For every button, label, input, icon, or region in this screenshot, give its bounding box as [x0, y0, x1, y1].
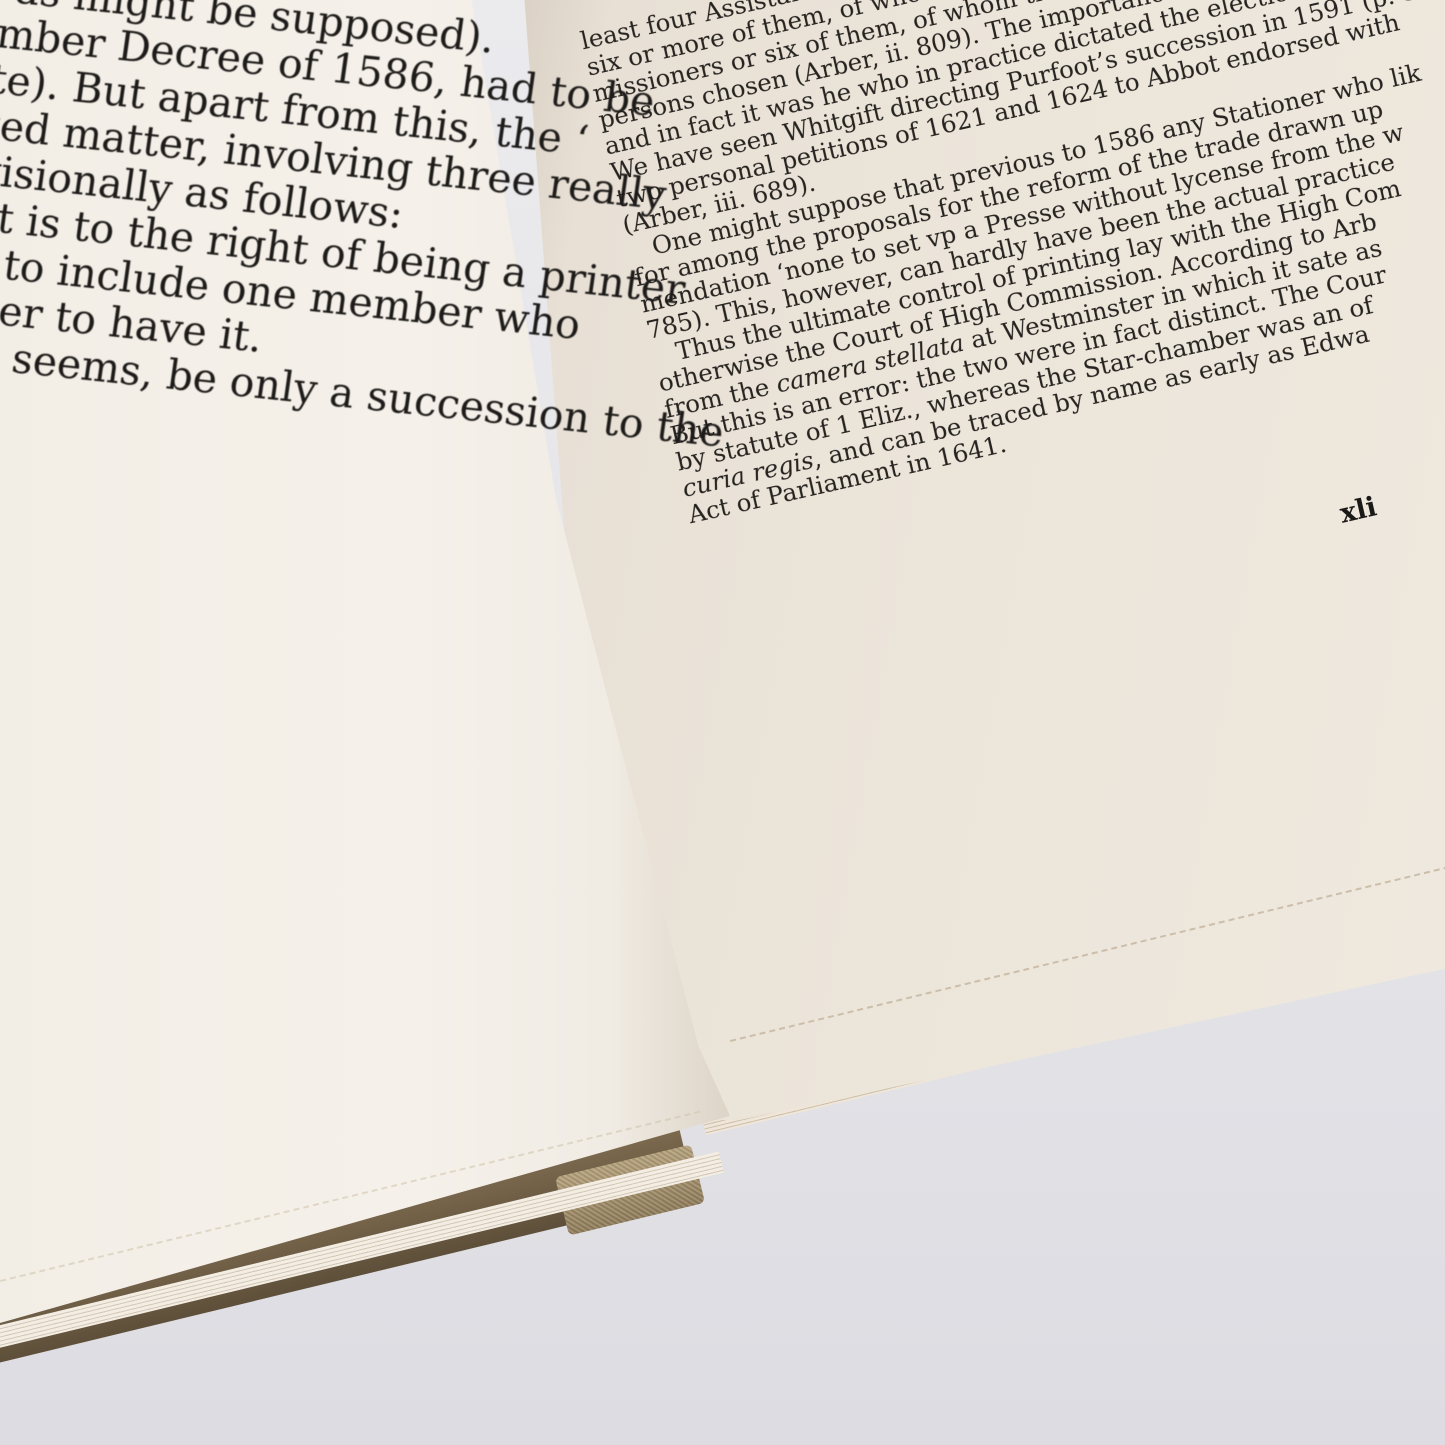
- book-photo: least four Assistants, of whom the six o…: [0, 0, 1445, 1445]
- left-page-text: e as might be supposed). amber Decree of…: [0, 0, 738, 452]
